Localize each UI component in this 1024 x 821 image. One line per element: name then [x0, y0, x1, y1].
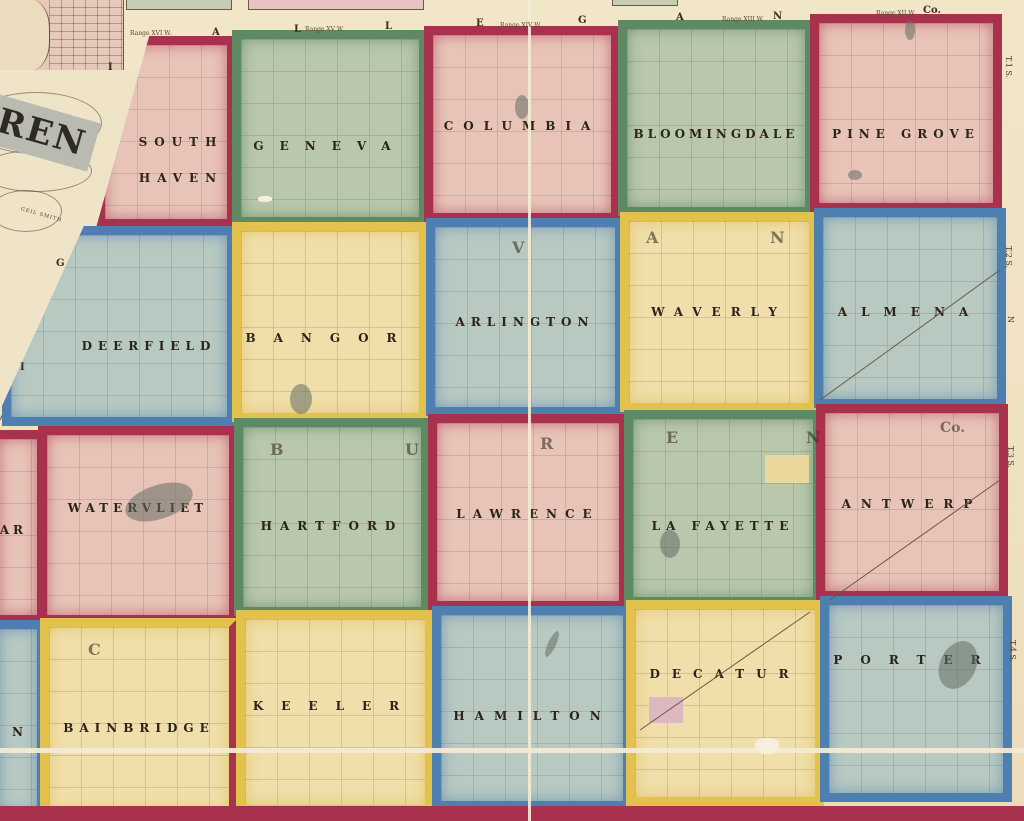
- county-name-letter: L: [385, 21, 392, 32]
- county-name-letter: A: [212, 27, 220, 38]
- county-name-letter: L: [294, 24, 301, 35]
- range-label: Range XIII W.: [722, 16, 764, 23]
- fold-line-horizontal: [0, 748, 1024, 753]
- range-label: Range XV W.: [305, 26, 344, 33]
- lake-name-letter: I: [108, 62, 113, 73]
- railroad-lines: [0, 0, 1024, 821]
- county-overlay-letter: N: [770, 228, 785, 247]
- range-label: Range XVI W.: [130, 30, 171, 37]
- county-name-letter: E: [476, 18, 484, 29]
- county-name-letter: N: [773, 11, 782, 22]
- county-overlay-letter: R: [540, 434, 553, 453]
- county-overlay-letter: U: [405, 440, 419, 459]
- township-side-label: T.3 S.: [1006, 446, 1015, 468]
- lake-name-letter: I: [20, 362, 25, 373]
- range-label: Range XII W.: [876, 10, 915, 17]
- county-map: REN GEIL SMITH SOUTH HAVEN GENEVA COLUMB…: [0, 0, 1024, 821]
- county-overlay-letter: V: [512, 238, 524, 257]
- fold-line-vertical: [528, 0, 531, 821]
- paper-tear: [755, 738, 779, 754]
- township-side-label: T.1 S.: [1004, 56, 1013, 78]
- paper-tear: [258, 196, 272, 202]
- county-name-letter: Co.: [923, 5, 941, 16]
- lake-name-letter: G: [56, 258, 65, 269]
- county-overlay-letter: N: [806, 428, 821, 447]
- county-overlay-letter: B: [270, 440, 284, 459]
- county-overlay-letter: Co.: [940, 420, 965, 436]
- township-side-label: T.4 S.: [1008, 640, 1017, 662]
- county-name-letter: G: [578, 15, 587, 26]
- county-overlay-letter: A: [646, 228, 658, 247]
- township-side-label: T.2 S.: [1004, 246, 1013, 268]
- range-label: Range XIV W.: [500, 22, 541, 29]
- county-overlay-letter: C: [88, 640, 101, 659]
- township-side-label: N: [1006, 316, 1015, 323]
- county-overlay-letter: E: [666, 428, 678, 447]
- county-name-letter: A: [676, 12, 684, 23]
